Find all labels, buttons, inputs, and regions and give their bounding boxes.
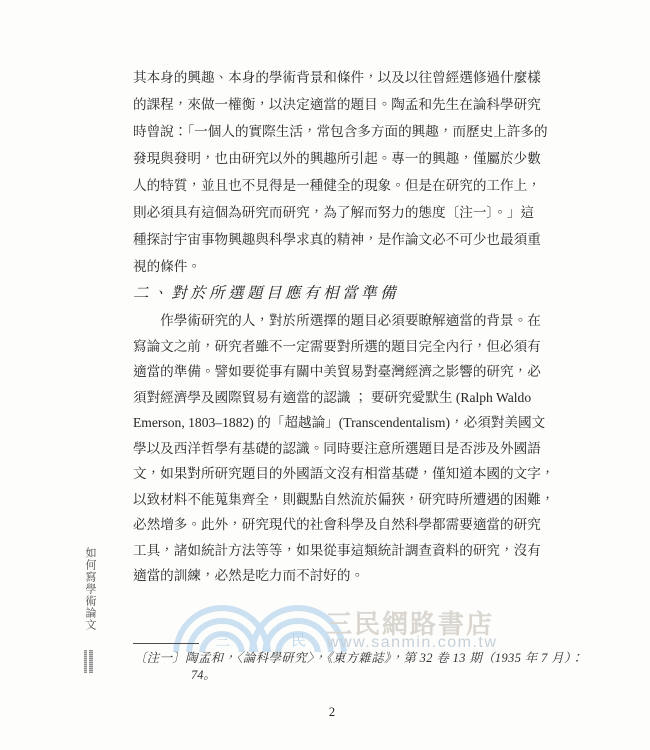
barcode-gap: [87, 650, 89, 673]
paragraph-2: 作學術研究的人，對於所選擇的題目必須要瞭解適當的背景。在寫論文之前，研究者雖不一…: [133, 308, 541, 589]
text-line: 人的特質，並且也不見得是一種健全的現象。但是在研究的工作上，: [133, 172, 541, 199]
footnote: 〔注一〕陶孟和，〈論科學研究〉，《東方雜誌》，第 32 卷 13 期（1935 …: [134, 650, 583, 684]
text-line: 適當的訓練，必然是吃力而不討好的。: [133, 563, 541, 589]
text-line: 適當的準備。譬如要從事有關中美貿易對臺灣經濟之影響的研究，必: [133, 359, 541, 385]
text-line: 的課程，來做一權衡，以決定適當的題目。陶孟和先生在論科學研究: [133, 91, 541, 118]
section-heading: 二、對於所選題目應有相當準備: [133, 281, 399, 303]
page-number: 2: [322, 705, 342, 720]
text-line: Emerson, 1803–1882) 的「超越論」(Transcendenta…: [133, 410, 541, 436]
paragraph-1: 其本身的興趣、本身的學術背景和條件，以及以往曾經選修過什麼樣的課程，來做一權衡，…: [133, 64, 541, 280]
spine-barcode-mark: [84, 650, 93, 673]
text-line: 工具，諸如統計方法等等，如果從事這類統計調查資料的研究，沒有: [133, 538, 541, 564]
text-line: 作學術研究的人，對於所選擇的題目必須要瞭解適當的背景。在: [133, 308, 541, 334]
text-line: 則必須具有這個為研究而研究，為了解而努力的態度〔注一〕。」這: [133, 199, 541, 226]
text-line: 時曾說：「一個人的實際生活，常包含多方面的興趣，而歷史上許多的: [133, 118, 541, 145]
text-line: 必然增多。此外，研究現代的社會科學及自然科學都需要適當的研究: [133, 512, 541, 538]
text-line: 學以及西洋哲學有基礎的認識。同時要注意所選題目是否涉及外國語: [133, 436, 541, 462]
text-line: 寫論文之前，研究者雖不一定需要對所選的題目完全內行，但必須有: [133, 334, 541, 360]
footnote-page-ref: 74。: [134, 667, 583, 684]
logo-char-left: 三: [215, 632, 230, 649]
text-line: 以致材料不能蒐集齊全，則觀點自然流於偏狹，研究時所遭遇的困難，: [133, 487, 541, 513]
text-line: 視的條件。: [133, 253, 541, 280]
text-line: 發現與發明，也由研究以外的興趣所引起。專一的興趣，僅屬於少數: [133, 145, 541, 172]
text-line: 須對經濟學及國際貿易有適當的認識 ； 要研究愛默生 (Ralph Waldo: [133, 385, 541, 411]
footnote-divider: [133, 643, 199, 644]
text-line: 文，如果對所研究題目的外國語文沒有相當基礎，僅知道本國的文字，: [133, 461, 541, 487]
text-line: 其本身的興趣、本身的學術背景和條件，以及以往曾經選修過什麼樣: [133, 64, 541, 91]
logo-char-right: 民: [291, 632, 306, 649]
footnote-citation: 〔注一〕陶孟和，〈論科學研究〉，《東方雜誌》，第 32 卷 13 期（1935 …: [134, 650, 583, 667]
book-spine-title: 如何寫學術論文: [82, 547, 98, 631]
scanned-book-page: 三 民 三民網路書店 www.sanmin.com.tw 如何寫學術論文 其本身…: [0, 0, 650, 750]
text-line: 種探討宇宙事物興趣與科學求真的精神，是作論文必不可少也最須重: [133, 226, 541, 253]
